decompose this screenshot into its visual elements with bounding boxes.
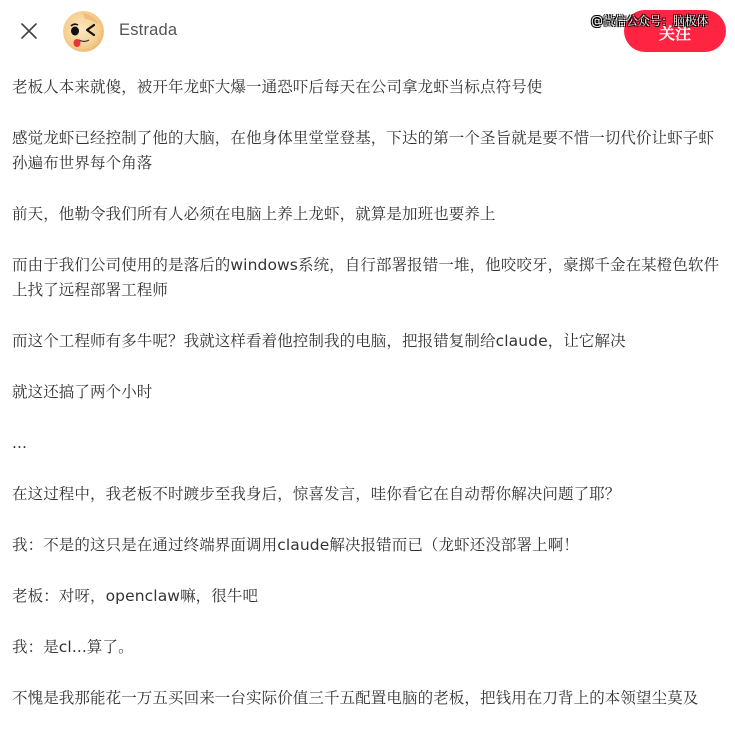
paragraph: 我：是cl...算了。 [12, 635, 724, 660]
paragraph: 我：不是的这只是在通过终端界面调用claude解决报错而已（龙虾还没部署上啊！ [12, 533, 724, 558]
winking-face-avatar-icon [63, 11, 104, 52]
paragraph: 而由于我们公司使用的是落后的windows系统，自行部署报错一堆，他咬咬牙，豪掷… [12, 253, 724, 303]
post-content: 老板人本来就傻，被开年龙虾大爆一通恐吓后每天在公司拿龙虾当标点符号使 感觉龙虾已… [12, 75, 724, 737]
avatar[interactable] [63, 11, 104, 52]
watermark: @微信公众号：脑极体 [591, 12, 708, 29]
author-name[interactable]: Estrada [119, 21, 177, 40]
post-header: Estrada 关注 @微信公众号：脑极体 [0, 0, 735, 62]
paragraph: 在这过程中，我老板不时踱步至我身后，惊喜发言，哇你看它在自动帮你解决问题了耶？ [12, 482, 724, 507]
paragraph: ... [12, 431, 724, 456]
paragraph: 而这个工程师有多牛呢？我就这样看着他控制我的电脑，把报错复制给claude，让它… [12, 329, 724, 354]
paragraph: 不愧是我那能花一万五买回来一台实际价值三千五配置电脑的老板，把钱用在刀背上的本领… [12, 686, 724, 711]
paragraph: 前天，他勒令我们所有人必须在电脑上养上龙虾，就算是加班也要养上 [12, 202, 724, 227]
close-button[interactable] [18, 20, 40, 42]
close-icon [18, 20, 40, 42]
paragraph: 老板人本来就傻，被开年龙虾大爆一通恐吓后每天在公司拿龙虾当标点符号使 [12, 75, 724, 100]
paragraph: 老板：对呀，openclaw嘛，很牛吧 [12, 584, 724, 609]
paragraph: 就这还搞了两个小时 [12, 380, 724, 405]
paragraph: 感觉龙虾已经控制了他的大脑，在他身体里堂堂登基，下达的第一个圣旨就是要不惜一切代… [12, 126, 724, 176]
